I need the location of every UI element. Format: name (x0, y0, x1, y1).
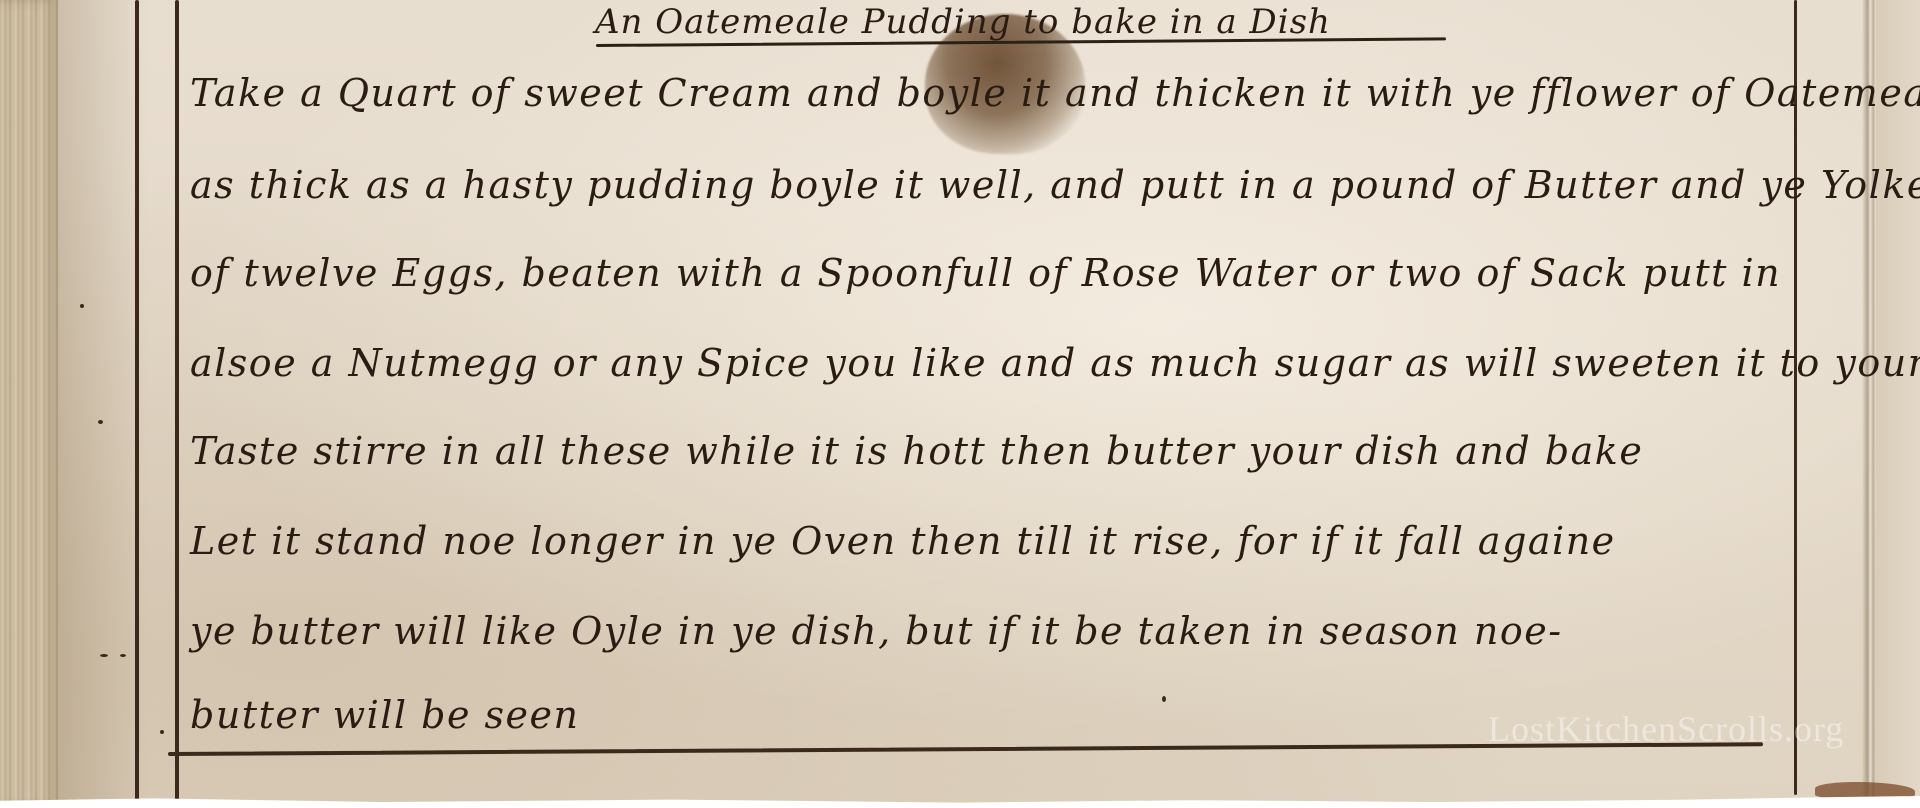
watermark: LostKitchenScrolls.org (1488, 708, 1844, 750)
manuscript-line-1: Take a Quart of sweet Cream and boyle it… (190, 74, 1920, 112)
edge-stain (1815, 782, 1915, 798)
margin-rule-inner (175, 0, 179, 800)
manuscript-line-5: Taste stirre in all these while it is ho… (190, 432, 1643, 470)
margin-rule-right (1794, 0, 1797, 795)
manuscript-line-6: Let it stand noe longer in ye Oven then … (190, 522, 1616, 560)
margin-rule-outer (135, 0, 139, 800)
right-page-margin (1876, 0, 1920, 808)
manuscript-page: An Oatemeale Pudding to bake in a Dish T… (0, 0, 1920, 808)
manuscript-line-8: butter will be seen (190, 696, 579, 734)
torn-bottom-edge (0, 796, 1920, 808)
manuscript-line-3: of twelve Eggs, beaten with a Spoonfull … (190, 254, 1781, 292)
page-fore-edge (0, 0, 58, 808)
manuscript-line-7: ye butter will like Oyle in ye dish, but… (190, 612, 1563, 650)
ink-speck (160, 730, 164, 734)
ink-speck (98, 420, 103, 424)
page-fold-crease (1862, 0, 1876, 808)
ink-speck (80, 304, 84, 308)
ink-speck (100, 654, 108, 657)
manuscript-line-2: as thick as a hasty pudding boyle it wel… (190, 166, 1920, 204)
ink-speck (1162, 696, 1166, 702)
recipe-title: An Oatemeale Pudding to bake in a Dish (595, 2, 1331, 42)
manuscript-line-4: alsoe a Nutmegg or any Spice you like an… (190, 344, 1920, 382)
ink-speck (120, 654, 126, 657)
